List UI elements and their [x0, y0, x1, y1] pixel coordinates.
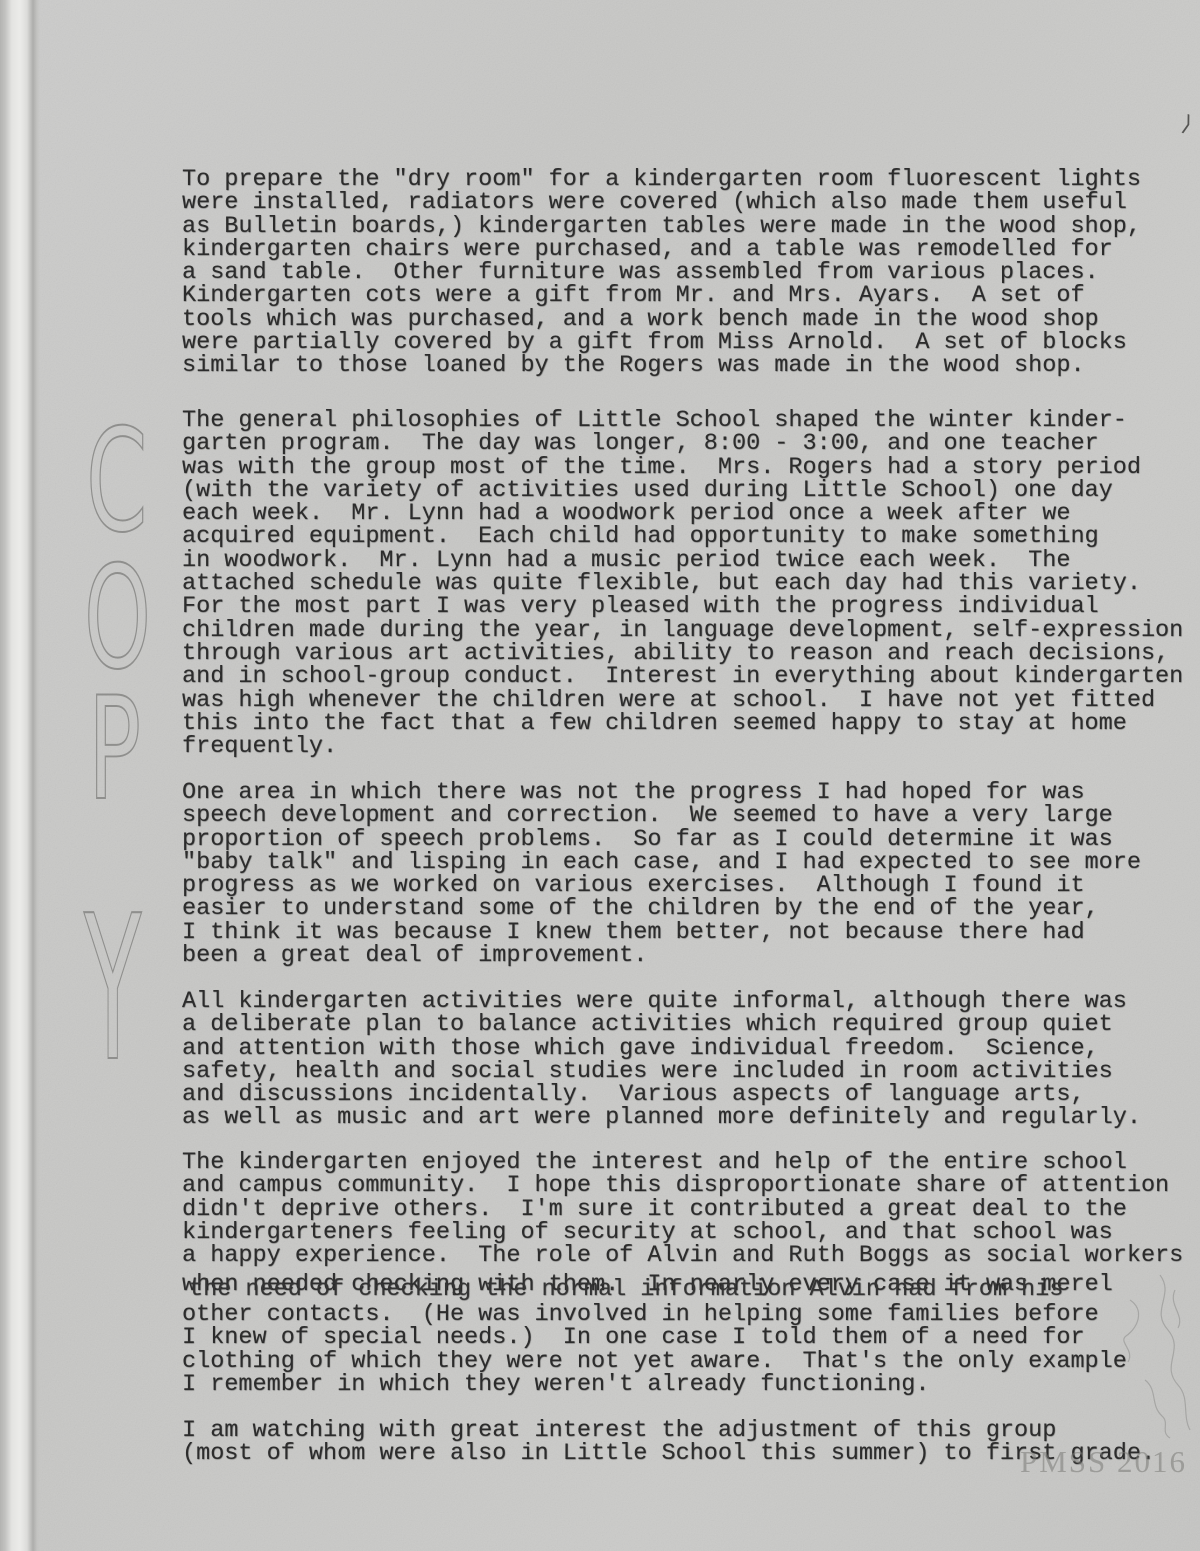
copy-stamp-letter-p: P: [88, 666, 141, 832]
paragraph-school-community-bottom: other contacts. (He was involved in help…: [182, 1303, 1200, 1396]
paragraph-speech-development: One area in which there was not the prog…: [182, 781, 1200, 967]
paragraph-school-community-top: The kindergarten enjoyed the interest an…: [182, 1151, 1200, 1267]
page-left-edge: [0, 0, 40, 1551]
archive-watermark: PMSS 2016: [1020, 1444, 1187, 1480]
overtyped-line-strike-b: the need of checking the normal informat…: [189, 1276, 1063, 1303]
overtyped-line: when needed checking with them. In nearl…: [182, 1271, 1200, 1305]
scan-artifact-mark: ⟩: [1176, 111, 1197, 140]
paragraph-informal-activities: All kindergarten activities were quite i…: [182, 990, 1200, 1130]
paragraph-dry-room-preparation: To prepare the "dry room" for a kinderga…: [182, 168, 1200, 378]
copy-stamp-letter-y: Y: [83, 872, 141, 1105]
scanned-document-page: C O P Y To prepare the "dry room" for a …: [0, 0, 1200, 1551]
paragraph-winter-program: The general philosophies of Little Schoo…: [182, 409, 1200, 758]
copy-stamp: C O P Y: [72, 418, 172, 1118]
